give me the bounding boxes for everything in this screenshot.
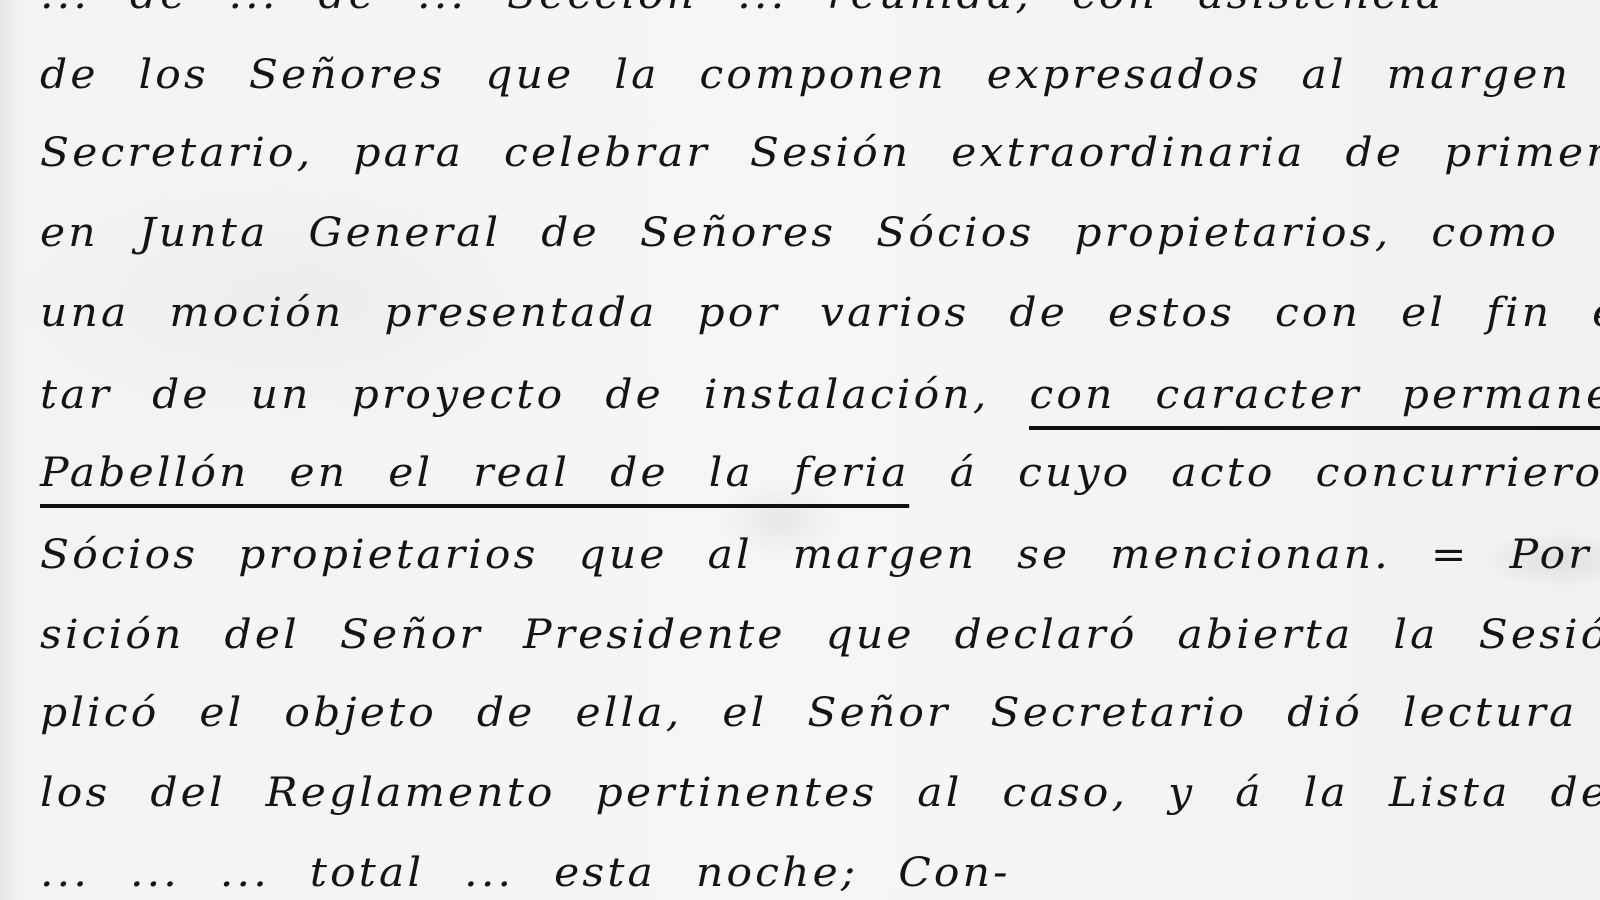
manuscript-line-1: de los Señores que la componen expresado… [40,52,1600,98]
manuscript-line-4: una moción presentada por varios de esto… [40,290,1600,336]
manuscript-line-0: ... de ... de ... Sección ... reunida, c… [40,0,1444,18]
manuscript-line-9: plicó el objeto de ella, el Señor Secret… [40,690,1600,736]
manuscript-line-2: Secretario, para celebrar Sesión extraor… [40,130,1600,176]
manuscript-line-8: sición del Señor Presidente que declaró … [40,612,1600,658]
manuscript-line-11: ... ... ... total ... esta noche; Con- [40,850,1011,896]
manuscript-page: ... de ... de ... Sección ... reunida, c… [0,0,1600,900]
manuscript-line-6: Pabellón en el real de la feria á cuyo a… [40,450,1600,496]
manuscript-line-7: Sócios propietarios que al margen se men… [40,532,1600,578]
line-5-text: tar de un proyecto de instalación, [40,372,989,418]
manuscript-line-10: los del Reglamento pertinentes al caso, … [40,770,1600,816]
underlined-phrase-pabellon: Pabellón en el real de la feria [40,450,910,508]
manuscript-line-5: tar de un proyecto de instalación, con c… [40,372,1600,418]
line-6-text: á cuyo acto concurrieron los Señores - [950,450,1600,496]
underlined-phrase-permanent: con caracter permanente, de un [1029,372,1600,430]
manuscript-line-3: en Junta General de Señores Sócios propi… [40,210,1600,256]
